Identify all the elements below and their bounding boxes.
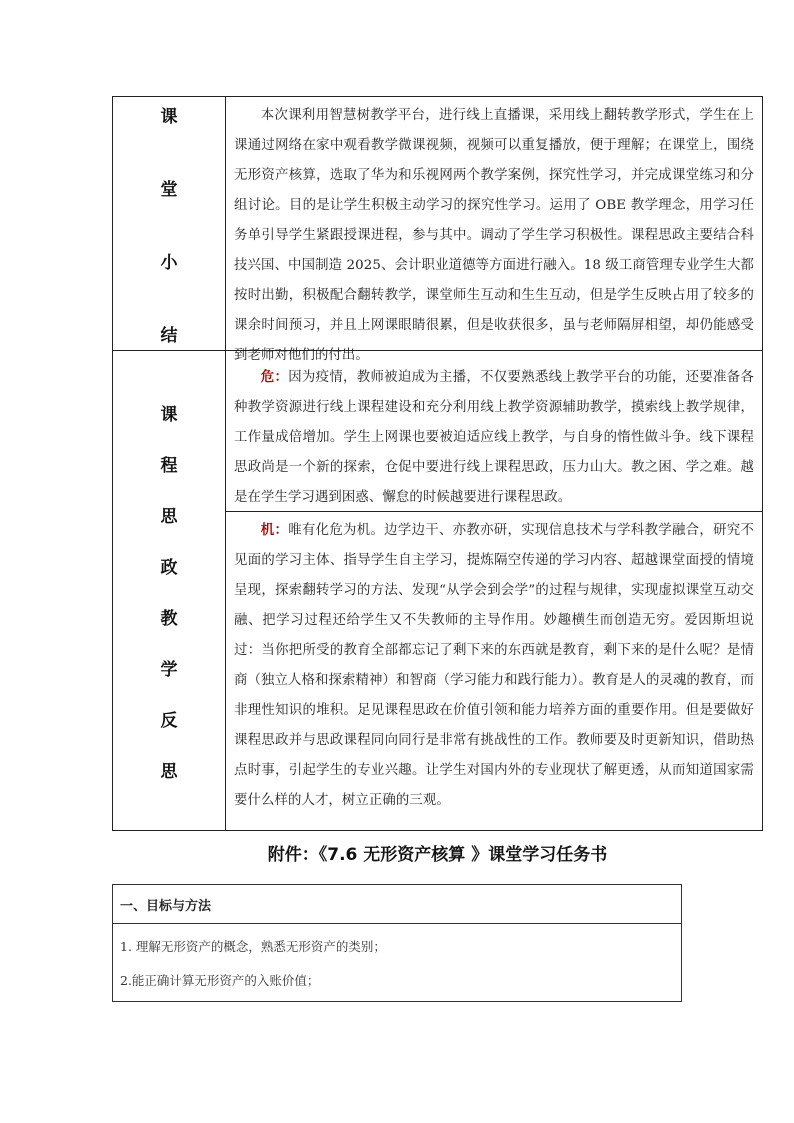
crisis-keyword: 危：: [261, 370, 288, 385]
section-body: 1. 理解无形资产的概念，熟悉无形资产的类别； 2.能正确计算无形资产的入账价值…: [113, 924, 681, 1004]
label-char: 堂: [161, 175, 178, 200]
crisis-paragraph: 危：因为疫情，教师被迫成为主播，不仅要熟悉线上教学平台的功能，还要准备各种教学资…: [226, 351, 762, 513]
list-item: 1. 理解无形资产的概念，熟悉无形资产的类别；: [120, 930, 674, 964]
label-char: 反: [161, 706, 178, 731]
summary-content: 本次课利用智慧树教学平台，进行线上直播课，采用线上翻转教学形式，学生在上课通过网…: [226, 97, 762, 350]
crisis-cell: 危：因为疫情，教师被迫成为主播，不仅要熟悉线上教学平台的功能，还要准备各种教学资…: [226, 351, 762, 512]
label-char: 小: [161, 248, 178, 273]
opportunity-cell: 机：唯有化危为机。边学边干、亦教亦研，实现信息技术与学科教学融合，研究不见面的学…: [226, 512, 762, 830]
opportunity-text: 唯有化危为机。边学边干、亦教亦研，实现信息技术与学科教学融合，研究不见面的学习主…: [234, 523, 754, 808]
opportunity-keyword: 机：: [261, 523, 288, 538]
label-char: 课: [161, 400, 178, 425]
reflection-table: 课 堂 小 结 本次课利用智慧树教学平台，进行线上直播课，采用线上翻转教学形式，…: [112, 96, 763, 831]
reflection-label: 课 程 思 政 教 学 反 思: [113, 351, 226, 830]
label-char: 教: [161, 604, 178, 629]
reflection-content: 危：因为疫情，教师被迫成为主播，不仅要熟悉线上教学平台的功能，还要准备各种教学资…: [226, 351, 762, 830]
list-item: 2.能正确计算无形资产的入账价值；: [120, 964, 674, 998]
label-char: 学: [161, 655, 178, 680]
label-char: 结: [161, 321, 178, 346]
appendix-title: 附件：《7.6 无形资产核算 》课堂学习任务书: [112, 840, 763, 865]
task-table: 一、目标与方法 1. 理解无形资产的概念，熟悉无形资产的类别； 2.能正确计算无…: [112, 884, 682, 1002]
section-title: 一、目标与方法: [113, 885, 681, 924]
reflection-row: 课 程 思 政 教 学 反 思 危：因为疫情，教师被迫成为主播，不仅要熟悉线上教…: [113, 351, 762, 830]
label-char: 课: [161, 102, 178, 127]
opportunity-paragraph: 机：唯有化危为机。边学边干、亦教亦研，实现信息技术与学科教学融合，研究不见面的学…: [226, 512, 762, 816]
summary-row: 课 堂 小 结 本次课利用智慧树教学平台，进行线上直播课，采用线上翻转教学形式，…: [113, 97, 762, 351]
summary-text: 本次课利用智慧树教学平台，进行线上直播课，采用线上翻转教学形式，学生在上课通过网…: [226, 97, 762, 371]
label-char: 思: [161, 757, 178, 782]
label-char: 政: [161, 553, 178, 578]
summary-label: 课 堂 小 结: [113, 97, 226, 350]
label-char: 程: [161, 451, 178, 476]
crisis-text: 因为疫情，教师被迫成为主播，不仅要熟悉线上教学平台的功能，还要准备各种教学资源进…: [234, 370, 754, 505]
label-char: 思: [161, 502, 178, 527]
